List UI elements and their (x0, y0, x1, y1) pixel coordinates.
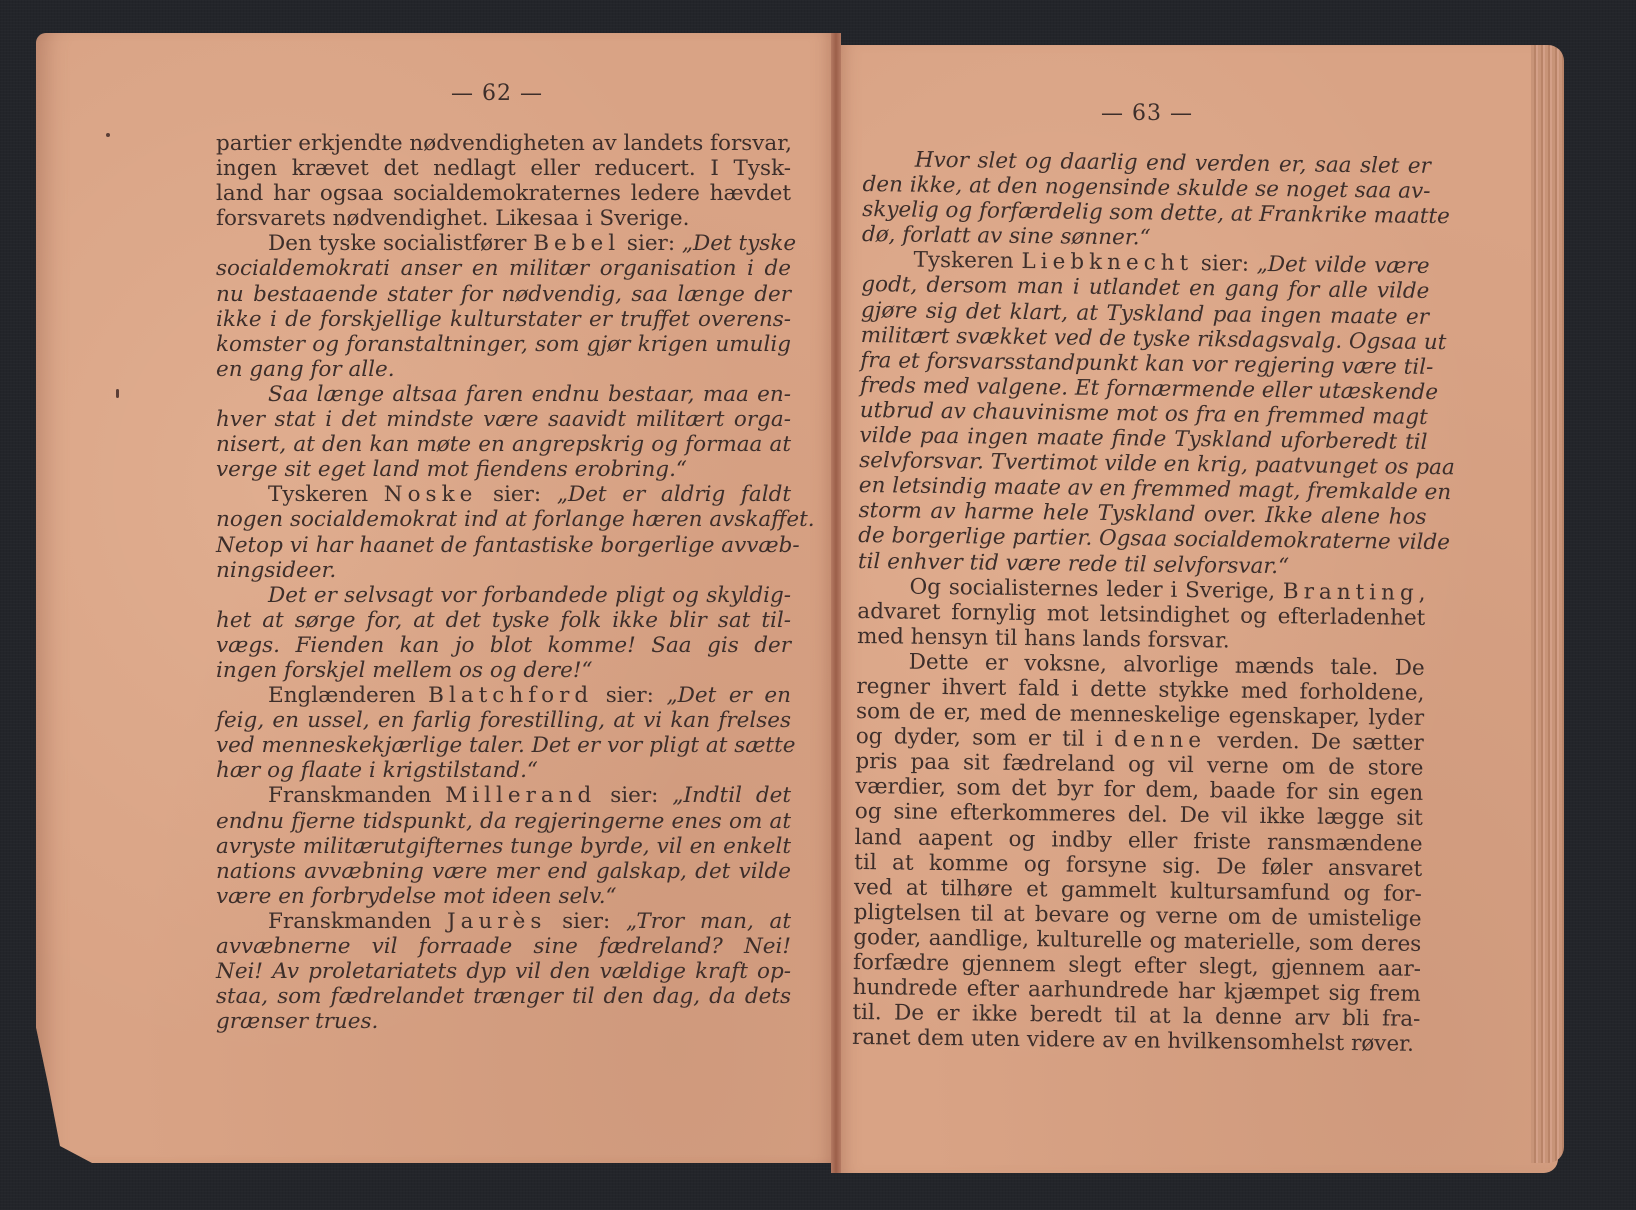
text-line: Tyskeren Noske sier: „Det er aldrig fald… (216, 482, 791, 507)
text-line: socialdemokrati anser en militær organis… (216, 256, 791, 281)
text-line: en gang for alle. (216, 357, 791, 382)
text-line: nogen socialdemokrat ind at forlange hær… (216, 507, 791, 532)
text-line: Franskmanden Jaurès sier: „Tror man, at (216, 909, 791, 934)
page-edges (1531, 45, 1564, 1163)
text-line: Nei! Av proletariatets dyp vil den vældi… (216, 959, 791, 984)
book-gutter (831, 33, 841, 1173)
text-line: ingen forskjel mellem os og dere!“ (216, 658, 791, 683)
book-spread: — 62 — partier erkjendte nødvendigheten … (36, 33, 1596, 1168)
text-line: nisert, at den kan møte en angrepskrig o… (216, 432, 791, 457)
text-line: ved menneskekjærlige taler. Det er vor p… (216, 733, 791, 758)
text-line: avryste militærutgifternes tunge byrde, … (216, 834, 791, 859)
text-line: staa, som fædrelandet trænger til den da… (216, 984, 791, 1009)
text-line: hær og flaate i krigstilstand.“ (216, 758, 791, 783)
text-line: ikke i de forskjellige kulturstater er t… (216, 307, 791, 332)
left-page-text: partier erkjendte nødvendigheten av land… (216, 131, 791, 1034)
text-line: Det er selvsagt vor forbandede pligt og … (216, 583, 791, 608)
text-line: Englænderen Blatchford sier: „Det er en (216, 683, 791, 708)
text-line: Netop vi har haanet de fantastiske borge… (216, 533, 791, 558)
right-page-text: Hvor slet og daarlig end verden er, saa … (852, 147, 1431, 1057)
text-line: vægs. Fienden kan jo blot komme! Saa gis… (216, 633, 791, 658)
ink-speck (116, 389, 119, 398)
text-line: være en forbrydelse mot ideen selv.“ (216, 884, 791, 909)
text-line: grænser trues. (216, 1009, 791, 1034)
page-number: — 63 — (1101, 101, 1193, 126)
text-line: verge sit eget land mot fiendens erobrin… (216, 457, 791, 482)
text-line: nu bestaaende stater for nødvendig, saa … (216, 282, 791, 307)
text-line: ningsideer. (216, 558, 791, 583)
text-line: partier erkjendte nødvendigheten av land… (216, 131, 791, 156)
text-line: forsvarets nødvendighet. Likesaa i Sveri… (216, 206, 791, 231)
left-page: — 62 — partier erkjendte nødvendigheten … (36, 33, 836, 1163)
text-line: Den tyske socialistfører Bebel sier: „De… (216, 231, 791, 256)
text-line: endnu fjerne tidspunkt, da regjeringerne… (216, 809, 791, 834)
text-line: Saa længe altsaa faren endnu bestaar, ma… (216, 382, 791, 407)
ink-speck (106, 133, 110, 137)
text-line: het at sørge for, at det tyske folk ikke… (216, 608, 791, 633)
text-line: hver stat i det mindste være saavidt mil… (216, 407, 791, 432)
text-line: Franskmanden Millerand sier: „Indtil det (216, 783, 791, 808)
page-number: — 62 — (451, 81, 543, 106)
text-line: feig, en ussel, en farlig forestilling, … (216, 708, 791, 733)
text-line: avvæbnerne vil forraade sine fædreland? … (216, 934, 791, 959)
text-line: ingen krævet det nedlagt eller reducert.… (216, 156, 791, 181)
text-line: komster og foranstaltninger, som gjør kr… (216, 332, 791, 357)
text-line: nations avvæbning være mer end galskap, … (216, 859, 791, 884)
text-line: land har ogsaa socialdemokraternes leder… (216, 181, 791, 206)
right-page: — 63 — Hvor slet og daarlig end verden e… (836, 45, 1558, 1173)
